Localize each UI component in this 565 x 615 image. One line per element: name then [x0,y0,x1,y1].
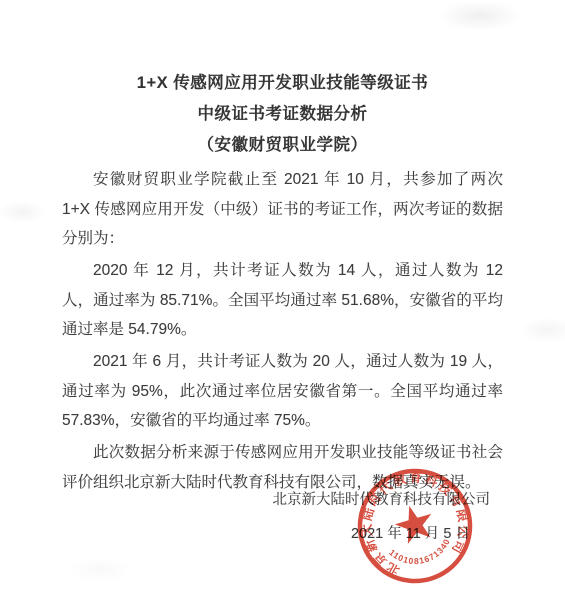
document-title-line-1: 1+X 传感网应用开发职业技能等级证书 [0,68,565,99]
paragraph-dec-2020-results: 2020 年 12 月，共计考证人数为 14 人，通过人数为 12 人，通过率为… [62,256,503,345]
document-body: 安徽财贸职业学院截止至 2021 年 10 月，共参加了两次 1+X 传感网应用… [0,165,565,497]
document-title-line-3: （安徽财贸职业学院） [0,130,565,161]
paragraph-jun-2021-results: 2021 年 6 月，共计考证人数为 20 人，通过人数为 19 人，通过率为 … [62,347,503,436]
paragraph-intro: 安徽财贸职业学院截止至 2021 年 10 月，共参加了两次 1+X 传感网应用… [62,165,503,254]
title-block: 1+X 传感网应用开发职业技能等级证书 中级证书考证数据分析 （安徽财贸职业学院… [0,0,565,161]
document-page: 1+X 传感网应用开发职业技能等级证书 中级证书考证数据分析 （安徽财贸职业学院… [0,0,565,615]
seal-star-icon [391,501,438,546]
document-title-line-2: 中级证书考证数据分析 [0,99,565,130]
